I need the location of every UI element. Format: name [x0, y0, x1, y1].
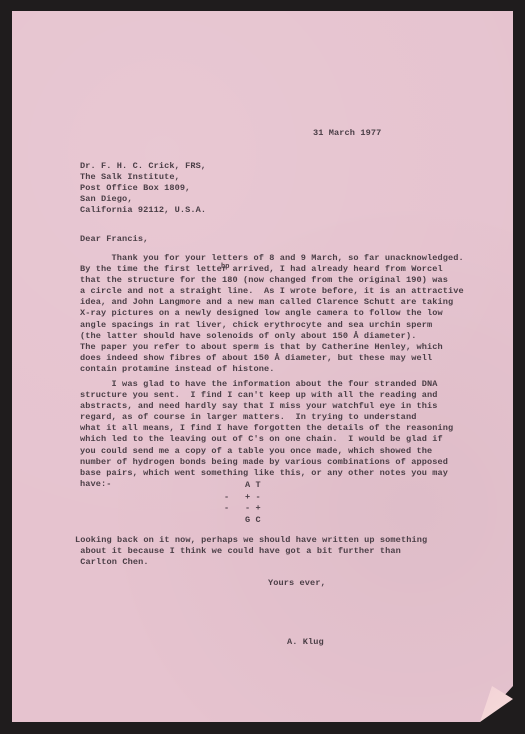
handwritten-insertion: bp [221, 263, 229, 271]
paragraph-3: Looking back on it now, perhaps we shoul… [75, 535, 427, 568]
closing: Yours ever, [268, 578, 326, 589]
salutation: Dear Francis, [80, 234, 148, 245]
recipient-address: Dr. F. H. C. Crick, FRS, The Salk Instit… [80, 161, 206, 216]
base-pair-table: A T - + - - - + G C [224, 480, 261, 526]
paragraph-2: I was glad to have the information about… [80, 379, 453, 490]
signature: A. Klug [287, 637, 324, 648]
letter-date: 31 March 1977 [313, 128, 381, 139]
paragraph-1: Thank you for your letters of 8 and 9 Ma… [80, 253, 464, 375]
